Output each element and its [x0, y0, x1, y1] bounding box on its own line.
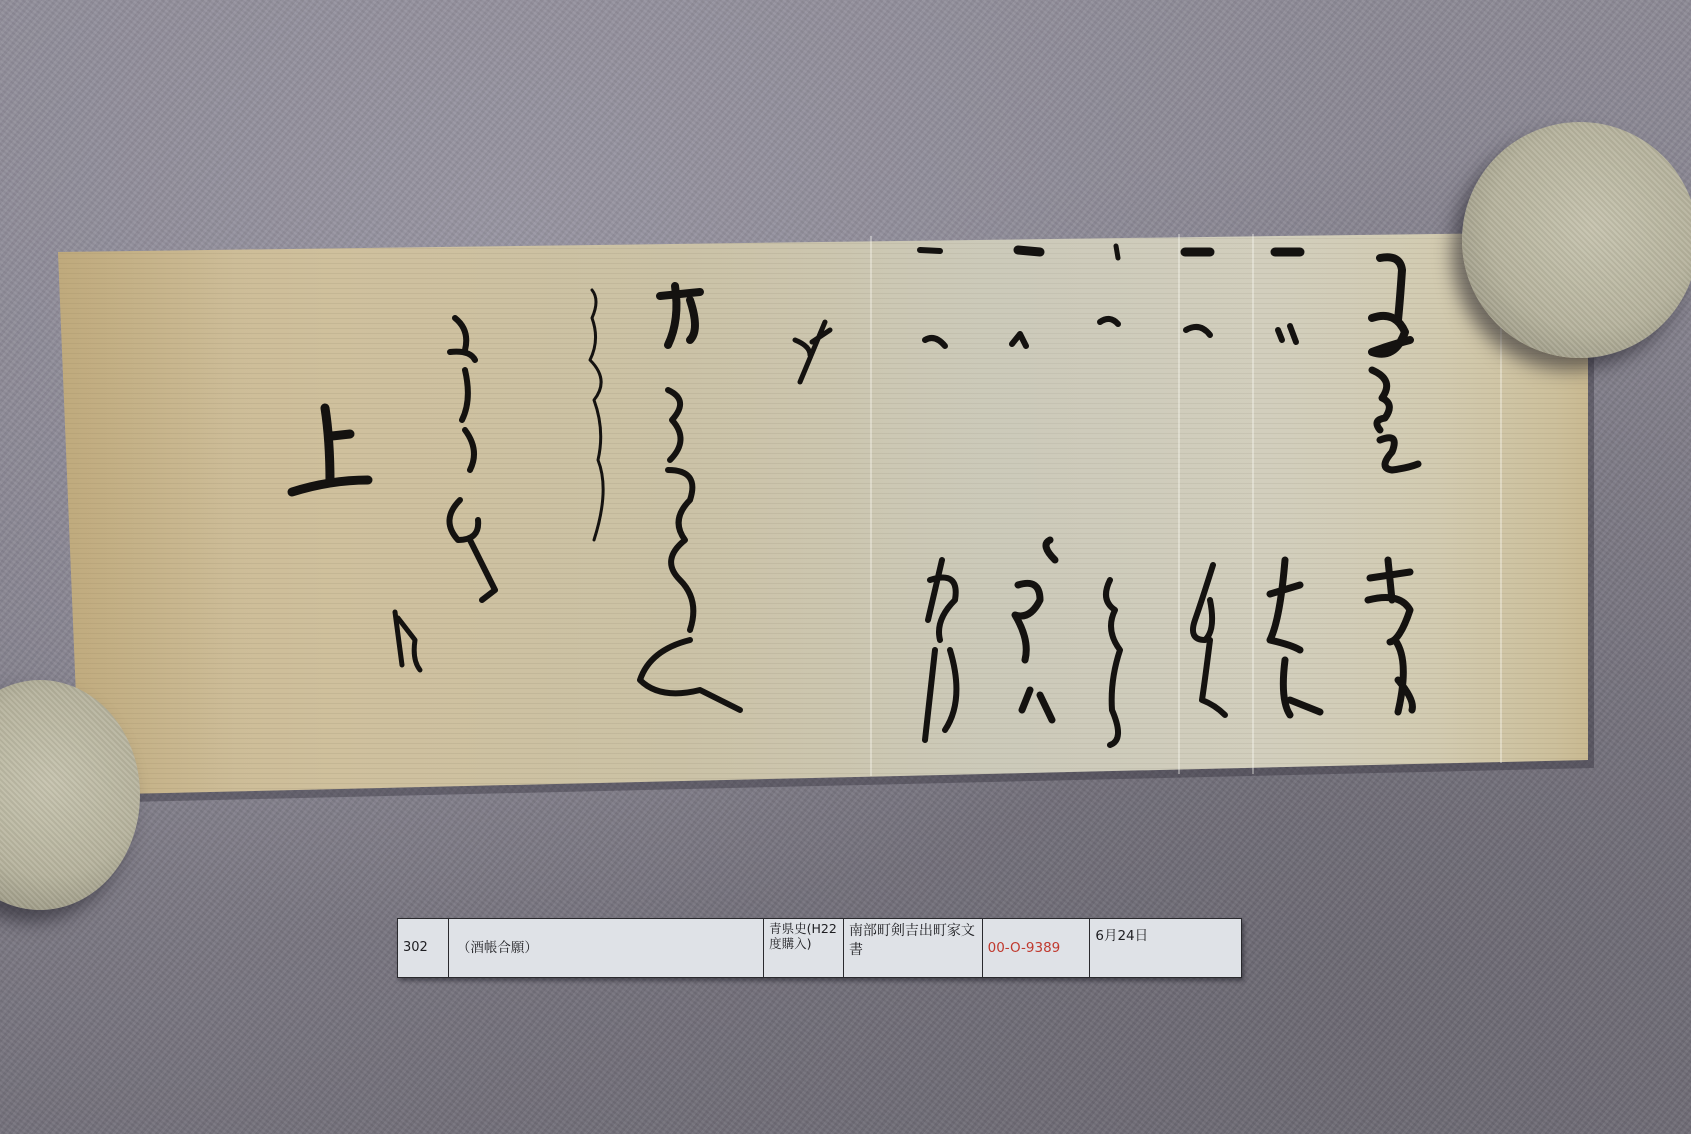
- catalog-number: 302: [398, 919, 449, 977]
- paperweight-top-right: [1462, 122, 1691, 358]
- catalog-id-text: 00-O-9389: [988, 940, 1061, 956]
- document-date: 6月24日: [1090, 919, 1241, 977]
- catalog-id: 00-O-9389: [983, 919, 1091, 977]
- collection-name: 南部町剣吉出町家文書: [844, 919, 983, 977]
- catalog-label: 302 （酒帳合願） 青県史(H22度購入) 南部町剣吉出町家文書 00-O-9…: [397, 918, 1242, 978]
- document-title: （酒帳合願）: [449, 919, 764, 977]
- source-note: 青県史(H22度購入): [764, 919, 844, 977]
